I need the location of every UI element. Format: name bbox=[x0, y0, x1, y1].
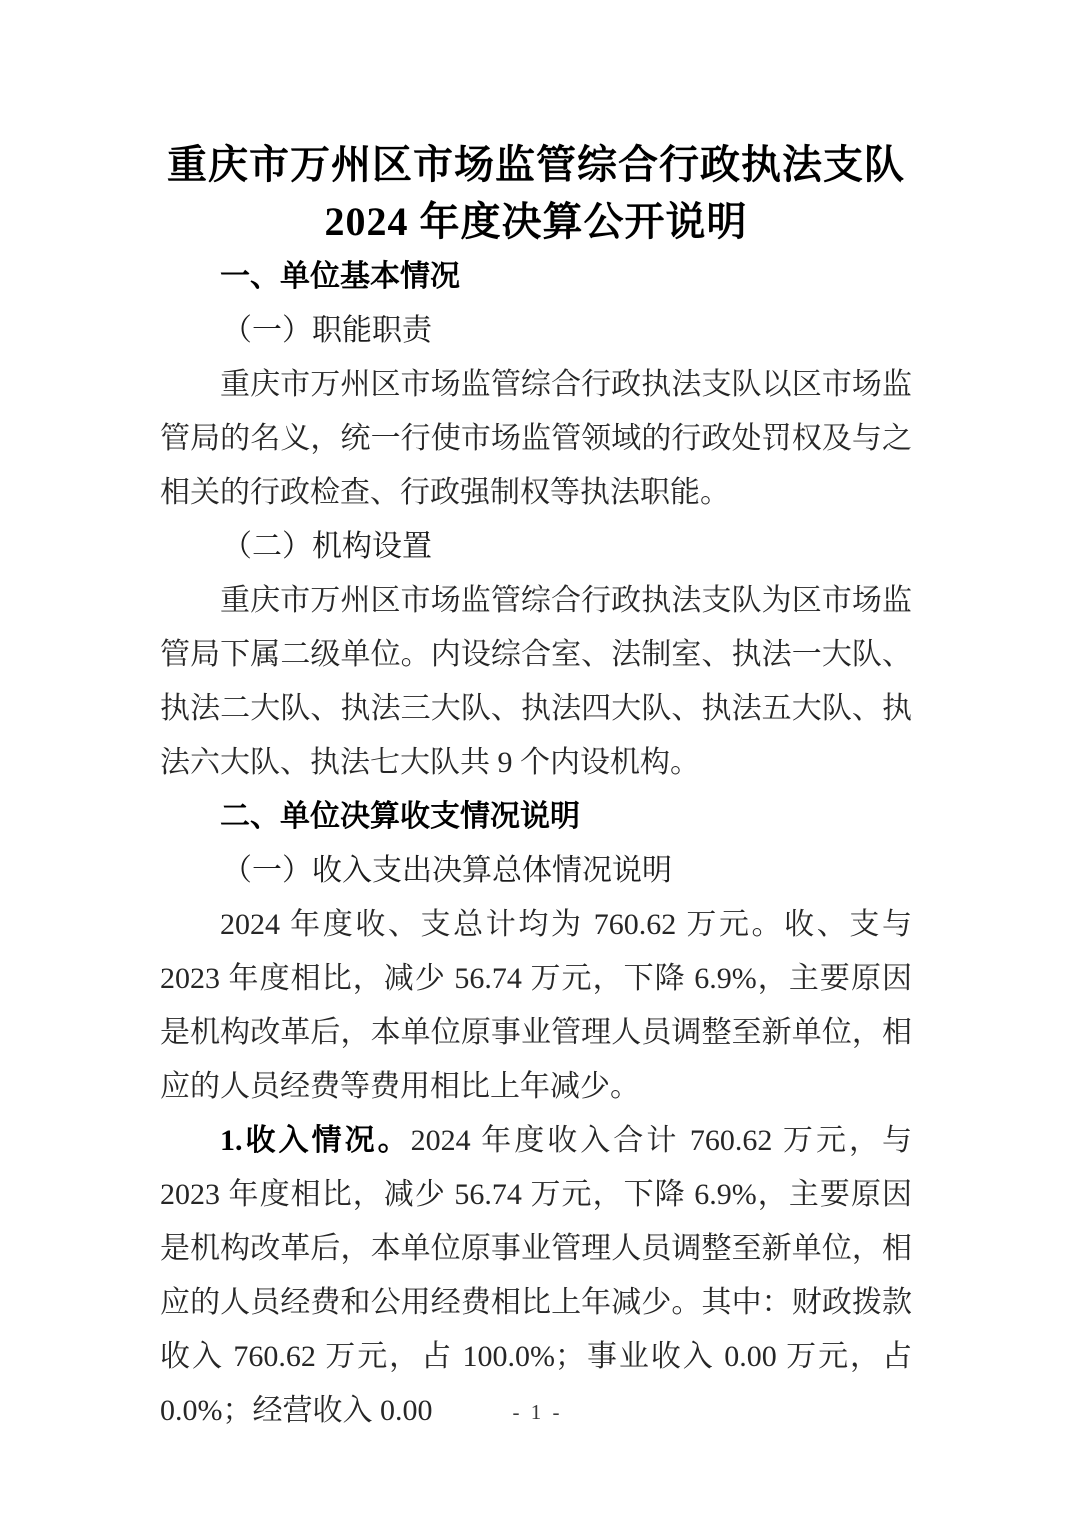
section-1-1-paragraph: 重庆市万州区市场监管综合行政执法支队以区市场监管局的名义，统一行使市场监管领域的… bbox=[160, 358, 912, 520]
section-1-2-heading: （二）机构设置 bbox=[160, 520, 912, 574]
income-situation-lead: 1.收入情况。 bbox=[220, 1124, 411, 1157]
income-situation-text: 2024 年度收入合计 760.62 万元，与 2023 年度相比，减少 56.… bbox=[160, 1124, 912, 1427]
section-2-heading: 二、单位决算收支情况说明 bbox=[160, 790, 912, 844]
section-1-heading: 一、单位基本情况 bbox=[160, 250, 912, 304]
document-content: 重庆市万州区市场监管综合行政执法支队 2024 年度决算公开说明 一、单位基本情… bbox=[160, 136, 912, 1438]
document-title-line-1: 重庆市万州区市场监管综合行政执法支队 bbox=[167, 142, 905, 187]
document-title-line-2: 2024 年度决算公开说明 bbox=[325, 199, 748, 244]
section-1-1-heading: （一）职能职责 bbox=[160, 304, 912, 358]
section-2-1-paragraph: 2024 年度收、支总计均为 760.62 万元。收、支与 2023 年度相比，… bbox=[160, 898, 912, 1114]
document-page: 重庆市万州区市场监管综合行政执法支队 2024 年度决算公开说明 一、单位基本情… bbox=[0, 0, 1075, 1520]
income-situation-paragraph: 1.收入情况。2024 年度收入合计 760.62 万元，与 2023 年度相比… bbox=[160, 1114, 912, 1438]
section-1-2-paragraph: 重庆市万州区市场监管综合行政执法支队为区市场监管局下属二级单位。内设综合室、法制… bbox=[160, 574, 912, 790]
section-2-1-heading: （一）收入支出决算总体情况说明 bbox=[160, 844, 912, 898]
document-title: 重庆市万州区市场监管综合行政执法支队 2024 年度决算公开说明 bbox=[160, 136, 912, 250]
page-number: - 1 - bbox=[0, 1400, 1075, 1425]
